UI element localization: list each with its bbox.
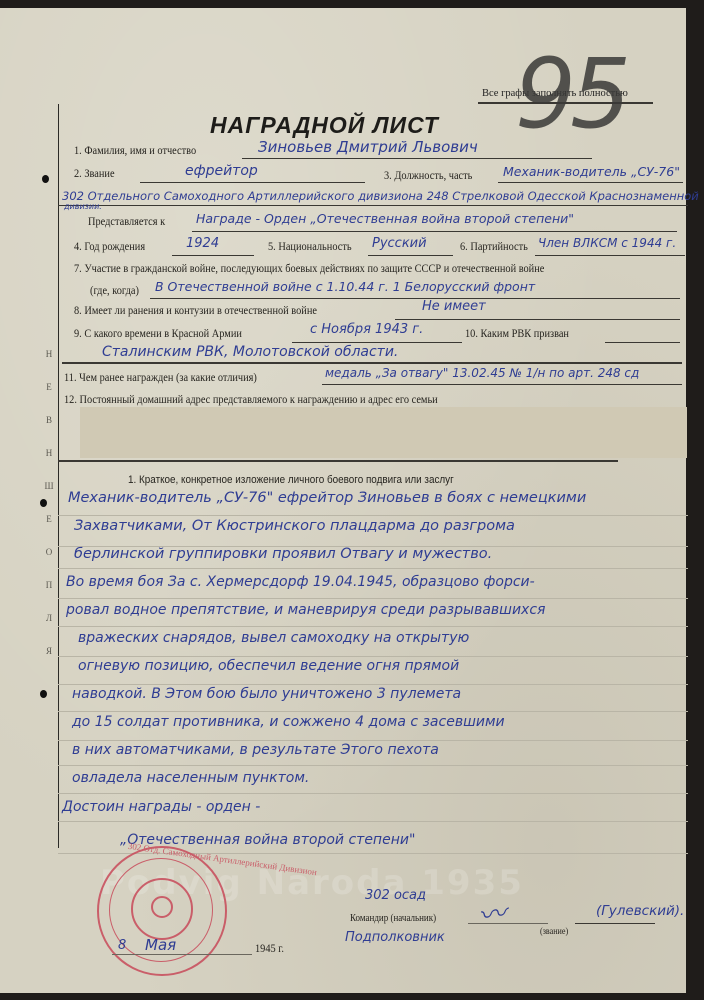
margin-rule bbox=[58, 508, 59, 848]
field-7-label-cont: (где, когда) bbox=[90, 285, 139, 297]
signature-underline bbox=[468, 923, 548, 924]
signer-name: (Гулевский). bbox=[596, 903, 684, 919]
field-3-value-cont2: дивизии. bbox=[64, 202, 102, 211]
award-sheet-page: Н Е В Н Ш Е О П Л Я Все графы заполнять … bbox=[0, 8, 686, 993]
feat-line: берлинской группировки проявил Отвагу и … bbox=[74, 546, 492, 562]
margin-letter: Е bbox=[44, 503, 54, 536]
ruled-line bbox=[58, 765, 688, 766]
field-underline bbox=[605, 342, 680, 343]
margin-letter: О bbox=[44, 536, 54, 569]
rank-label: (звание) bbox=[540, 926, 568, 936]
archive-number: 95 bbox=[515, 38, 625, 150]
field-underline bbox=[395, 319, 680, 320]
field-5-label: 5. Национальность bbox=[268, 241, 352, 253]
ruled-line bbox=[58, 598, 688, 599]
redacted-address-block bbox=[80, 407, 687, 458]
margin-letter: Я bbox=[44, 635, 54, 668]
field-12-label: 12. Постоянный домашний адрес представля… bbox=[64, 394, 438, 406]
feat-line: Во время боя За с. Хермерсдорф 19.04.194… bbox=[66, 574, 535, 590]
field-6-label: 6. Партийность bbox=[460, 241, 528, 253]
field-2-value: ефрейтор bbox=[185, 163, 258, 179]
feat-line: в них автоматчиками, в результате Этого … bbox=[72, 742, 439, 758]
field-5-value: Русский bbox=[372, 236, 427, 251]
feat-line: огневую позицию, обеспечил ведение огня … bbox=[78, 658, 459, 674]
field-7-label: 7. Участие в гражданской войне, последую… bbox=[74, 263, 544, 275]
field-underline bbox=[292, 342, 462, 343]
feat-line: наводкой. В Этом бою было уничтожено 3 п… bbox=[72, 686, 461, 702]
ruled-line bbox=[58, 740, 688, 741]
field-underline bbox=[322, 384, 682, 385]
signature-scrawl: 〰 bbox=[475, 891, 508, 935]
field-3-value: Механик-водитель „СУ-76" bbox=[503, 164, 680, 179]
signer-unit: 302 осад bbox=[365, 888, 426, 903]
punch-hole bbox=[40, 690, 47, 698]
field-8-value: Не имеет bbox=[422, 299, 486, 314]
field-11-value: медаль „За отвагу" 13.02.45 № 1/н по арт… bbox=[325, 366, 639, 380]
margin-letter: В bbox=[44, 404, 54, 437]
field-7-value: В Отечественной войне с 1.10.44 г. 1 Бел… bbox=[155, 279, 535, 294]
feat-line: Достоин награды - орден - bbox=[62, 799, 260, 815]
presented-value: Награде - Орден „Отечественная война вто… bbox=[196, 211, 574, 226]
ruled-line bbox=[58, 656, 688, 657]
field-9-label: 9. С какого времени в Красной Армии bbox=[74, 328, 242, 340]
field-underline bbox=[172, 255, 254, 256]
official-stamp: 302 Отд. Самоходный Артиллерийский Дивиз… bbox=[97, 846, 227, 976]
feat-line: овладела населенным пунктом. bbox=[72, 770, 309, 786]
field-underline bbox=[58, 205, 688, 206]
date-month: Мая bbox=[145, 936, 176, 954]
ruled-line bbox=[58, 515, 688, 516]
field-1-label: 1. Фамилия, имя и отчество bbox=[74, 145, 196, 157]
ussr-emblem-icon bbox=[131, 878, 193, 940]
feat-line: до 15 солдат противника, и сожжено 4 дом… bbox=[72, 714, 505, 730]
date-day: 8 bbox=[118, 938, 126, 953]
field-underline bbox=[535, 255, 685, 256]
signer-rank: Подполковник bbox=[345, 930, 445, 945]
field-3-value-cont: 302 Отдельного Самоходного Артиллерийско… bbox=[62, 189, 699, 203]
field-8-label: 8. Имеет ли ранения и контузии в отечест… bbox=[74, 305, 317, 317]
field-4-value: 1924 bbox=[186, 236, 219, 251]
punch-hole bbox=[42, 175, 49, 183]
commander-label: Командир (начальник) bbox=[350, 913, 436, 924]
margin-letter: Н bbox=[44, 338, 54, 371]
field-underline bbox=[498, 182, 683, 183]
field-underline bbox=[140, 182, 365, 183]
name-underline bbox=[575, 923, 655, 924]
ruled-line bbox=[58, 711, 688, 712]
ruled-line bbox=[58, 821, 688, 822]
field-6-value: Член ВЛКСМ с 1944 г. bbox=[538, 236, 676, 250]
margin-letter: Ш bbox=[44, 470, 54, 503]
field-3-label: 3. Должность, часть bbox=[384, 170, 472, 182]
field-4-label: 4. Год рождения bbox=[74, 241, 145, 253]
field-underline bbox=[62, 362, 682, 364]
field-1-value: Зиновьев Дмитрий Львович bbox=[258, 138, 478, 156]
field-underline bbox=[150, 298, 680, 299]
field-9-value: с Ноября 1943 г. bbox=[310, 322, 423, 337]
ruled-line bbox=[58, 684, 688, 685]
field-10-value: Сталинским РВК, Молотовской области. bbox=[102, 344, 398, 360]
ruled-line bbox=[58, 568, 688, 569]
margin-letter: П bbox=[44, 569, 54, 602]
page-title: НАГРАДНОЙ ЛИСТ bbox=[210, 112, 439, 139]
section-divider bbox=[58, 460, 618, 462]
field-10-label: 10. Каким РВК призван bbox=[465, 328, 569, 340]
feat-line: Механик-водитель „СУ-76" ефрейтор Зиновь… bbox=[68, 490, 586, 506]
field-underline bbox=[368, 255, 453, 256]
field-2-label: 2. Звание bbox=[74, 168, 115, 180]
field-underline bbox=[192, 231, 677, 232]
margin-letter: Н bbox=[44, 437, 54, 470]
ruled-line bbox=[58, 626, 688, 627]
feat-heading: 1. Краткое, конкретное изложение личного… bbox=[128, 474, 454, 486]
ruled-line bbox=[58, 793, 688, 794]
date-year: 1945 г. bbox=[255, 943, 284, 955]
margin-letter: Л bbox=[44, 602, 54, 635]
margin-letter: Е bbox=[44, 371, 54, 404]
feat-line: ровал водное препятствие, и маневрируя с… bbox=[66, 602, 545, 618]
feat-line: вражеских снарядов, вывел самоходку на о… bbox=[78, 630, 469, 646]
field-underline bbox=[242, 158, 592, 159]
hammer-sickle-icon bbox=[151, 896, 173, 918]
date-underline bbox=[112, 954, 252, 955]
presented-label: Представляется к bbox=[88, 216, 165, 228]
side-margin-text: Н Е В Н Ш Е О П Л Я bbox=[44, 338, 54, 668]
field-11-label: 11. Чем ранее награжден (за какие отличи… bbox=[64, 372, 257, 384]
margin-rule bbox=[58, 104, 59, 509]
feat-line: Захватчиками, От Кюстринского плацдарма … bbox=[74, 518, 515, 534]
